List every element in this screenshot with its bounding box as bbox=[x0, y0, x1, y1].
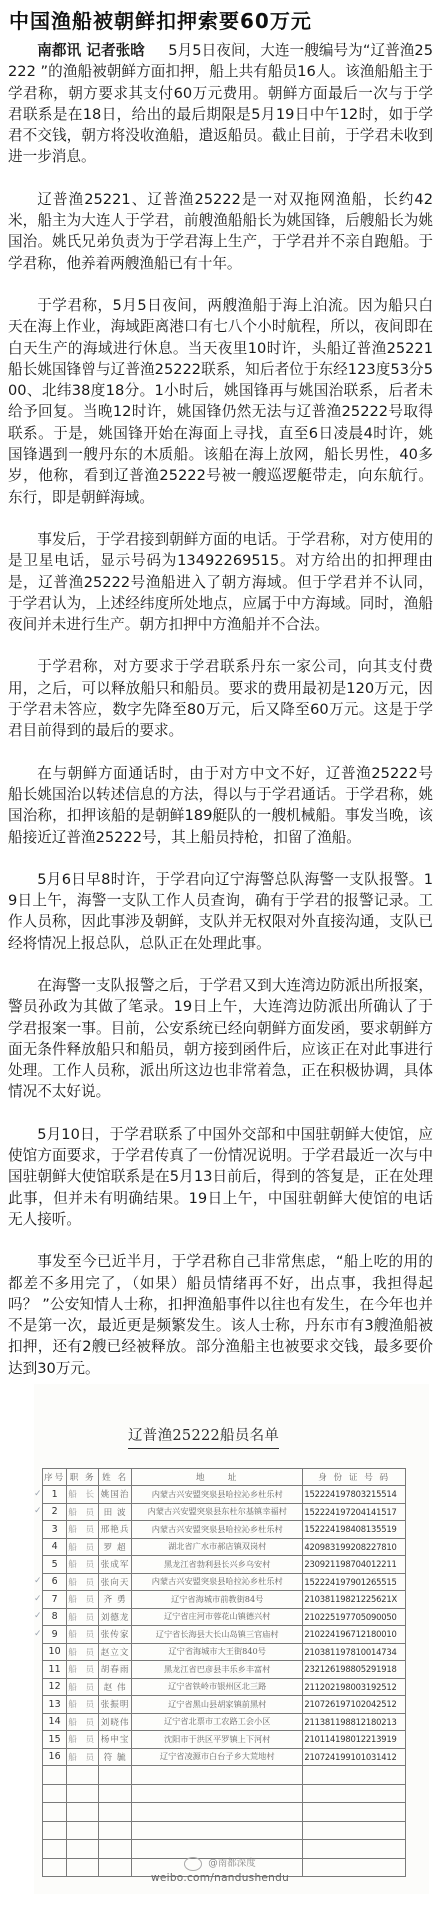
check-mark-icon: ✓ bbox=[34, 1576, 42, 1586]
cell-id-number: 210224196712180010 bbox=[303, 1626, 406, 1644]
table-row: 9船 员张传家辽宁省长海县大长山岛镇三官庙村210224196712180010 bbox=[43, 1626, 406, 1644]
cell-role: 船 员 bbox=[67, 1713, 99, 1731]
check-mark-icon: ✓ bbox=[34, 1506, 42, 1516]
article-body: 南都讯 记者张晗5月5日夜间，大连一艘编号为“辽普渔25222 ”的渔船被朝鲜方… bbox=[8, 40, 433, 1400]
cell-name: 罗 超 bbox=[99, 1538, 132, 1556]
cell-name: 符 毓 bbox=[99, 1748, 132, 1766]
cell-id-number: 210381197810014734 bbox=[303, 1643, 406, 1661]
cell-role: 船 员 bbox=[67, 1731, 99, 1749]
weibo-long-image: 中国渔船被朝鲜扣押索要60万元 南都讯 记者张晗5月5日夜间，大连一艘编号为“辽… bbox=[0, 0, 440, 1909]
cell-name: 张向天 bbox=[99, 1573, 132, 1591]
cell-no: 9 bbox=[43, 1626, 67, 1644]
watermark-handle: @南都深度 bbox=[208, 1858, 256, 1869]
table-row: 5船 员张成军黑龙江省勃利县长兴乡乌安村230921198704012211 bbox=[43, 1556, 406, 1574]
cell-address: 沈阳市于洪区平罗镇上下河村 bbox=[132, 1731, 303, 1749]
article-paragraph: 事发后，于学君接到朝鲜方面的电话。于学君称，对方使用的是卫星电话，显示号码为13… bbox=[8, 529, 433, 635]
cell-address: 黑龙江省勃利县长兴乡乌安村 bbox=[132, 1556, 303, 1574]
paragraph-text: 5月5日夜间，大连一艘编号为“辽普渔25222 ”的渔船被朝鲜方面扣押，船上共有… bbox=[8, 42, 433, 165]
cell-address: 内蒙古兴安盟突泉县东杜尔基镇幸福村 bbox=[132, 1503, 303, 1521]
table-header-row: 序号 职 务 姓 名 地 址 身 份 证 号 码 bbox=[43, 1469, 406, 1486]
cell-role: 船 员 bbox=[67, 1538, 99, 1556]
cell-name: 杨申宝 bbox=[99, 1731, 132, 1749]
check-mark-icon: ✓ bbox=[34, 1611, 42, 1621]
column-header-name: 姓 名 bbox=[99, 1469, 132, 1486]
article-paragraph: 于学君称，5月5日夜间，两艘渔船于海上泊流。因为船只白天在海上作业，海域距离港口… bbox=[8, 295, 433, 508]
cell-address: 辽宁省庄河市蓉花山镇德兴村 bbox=[132, 1608, 303, 1626]
cell-no: 15 bbox=[43, 1731, 67, 1749]
cell-name: 张传家 bbox=[99, 1626, 132, 1644]
table-row: 12船 员赵 伟辽宁省铁岭市银州区北三路211202198003192512 bbox=[43, 1678, 406, 1696]
cell-id-number: 210724199101031412 bbox=[303, 1748, 406, 1766]
table-row: 13船 员张振明辽宁省黑山县胡家镇前黑村210726197102042512 bbox=[43, 1696, 406, 1714]
cell-address: 辽宁省海城市前教街84号 bbox=[132, 1591, 303, 1609]
cell-id-number: 230921198704012211 bbox=[303, 1556, 406, 1574]
check-mark-icon: ✓ bbox=[34, 1489, 42, 1499]
cell-address: 辽宁省北票市工农路工会小区 bbox=[132, 1713, 303, 1731]
cell-address: 内蒙古兴安盟突泉县哈拉沁乡杜乐村 bbox=[132, 1573, 303, 1591]
cell-address: 辽宁省黑山县胡家镇前黑村 bbox=[132, 1696, 303, 1714]
cell-name: 赵立文 bbox=[99, 1643, 132, 1661]
article-paragraph: 在与朝鲜方面通话时，由于对方中文不好，辽普渔25222号船长姚国治以转述信息的方… bbox=[8, 763, 433, 848]
cell-no: 6 bbox=[43, 1573, 67, 1591]
cell-role: 船 员 bbox=[67, 1503, 99, 1521]
table-row: 11船 员胡春雨黑龙江省巴彦县丰乐乡丰富村232126198805291918 bbox=[43, 1661, 406, 1679]
table-row: 15船 员杨申宝沈阳市于洪区平罗镇上下河村210114198012213919 bbox=[43, 1731, 406, 1749]
cell-name: 田 波 bbox=[99, 1503, 132, 1521]
cell-id-number: 152224198408135519 bbox=[303, 1521, 406, 1539]
cell-address: 湖北省广水市郝店镇双岗村 bbox=[132, 1538, 303, 1556]
article-byline: 南都讯 记者张晗 bbox=[37, 42, 145, 59]
cell-name: 张振明 bbox=[99, 1696, 132, 1714]
cell-role: 船 员 bbox=[67, 1573, 99, 1591]
cell-no: 4 bbox=[43, 1538, 67, 1556]
cell-id-number: 420983199208227810 bbox=[303, 1538, 406, 1556]
cell-no: 14 bbox=[43, 1713, 67, 1731]
cell-id-number: 210114198012213919 bbox=[303, 1731, 406, 1749]
cell-name: 邢艳兵 bbox=[99, 1521, 132, 1539]
crew-table-body: 1船 长姚国治内蒙古兴安盟突泉县哈拉沁乡杜乐村15222419780321551… bbox=[43, 1486, 406, 1877]
cell-no: 2 bbox=[43, 1503, 67, 1521]
cell-id-number: 152224197803215514 bbox=[303, 1486, 406, 1504]
cell-no: 10 bbox=[43, 1643, 67, 1661]
weibo-watermark: @南都深度 bbox=[0, 1855, 440, 1871]
cell-id-number: 232126198805291918 bbox=[303, 1661, 406, 1679]
cell-role: 船 员 bbox=[67, 1591, 99, 1609]
cell-address: 辽宁省长海县大长山岛镇三官庙村 bbox=[132, 1626, 303, 1644]
column-header-id-number: 身 份 证 号 码 bbox=[303, 1469, 406, 1486]
cell-address: 内蒙古兴安盟突泉县哈拉沁乡杜乐村 bbox=[132, 1486, 303, 1504]
cell-role: 船 员 bbox=[67, 1608, 99, 1626]
check-mark-icon: ✓ bbox=[34, 1594, 42, 1604]
cell-role: 船 员 bbox=[67, 1696, 99, 1714]
cell-no: 7 bbox=[43, 1591, 67, 1609]
table-row: 1船 长姚国治内蒙古兴安盟突泉县哈拉沁乡杜乐村15222419780321551… bbox=[43, 1486, 406, 1504]
table-row: 16船 员符 毓辽宁省凌源市白台子乡大荒地村210724199101031412 bbox=[43, 1748, 406, 1766]
article-paragraph: 事发至今已近半月，于学君称自己非常焦虑，“船上吃的用的都差不多用完了，（如果）船… bbox=[8, 1251, 433, 1379]
column-header-role: 职 务 bbox=[67, 1469, 99, 1486]
cell-address: 黑龙江省巴彦县丰乐乡丰富村 bbox=[132, 1661, 303, 1679]
cell-id-number: 21038119821225621X bbox=[303, 1591, 406, 1609]
table-row: 14船 员刘晓伟辽宁省北票市工农路工会小区211381198812180213 bbox=[43, 1713, 406, 1731]
cell-role: 船 员 bbox=[67, 1643, 99, 1661]
blank-table-row bbox=[43, 1803, 406, 1822]
table-row: 2船 员田 波内蒙古兴安盟突泉县东杜尔基镇幸福村1522241972041415… bbox=[43, 1503, 406, 1521]
cell-no: 1 bbox=[43, 1486, 67, 1504]
cell-name: 齐 勇 bbox=[99, 1591, 132, 1609]
cell-role: 船 员 bbox=[67, 1626, 99, 1644]
cell-name: 赵 伟 bbox=[99, 1678, 132, 1696]
cell-role: 船 员 bbox=[67, 1556, 99, 1574]
check-mark-icon: ✓ bbox=[34, 1629, 42, 1639]
cell-name: 张成军 bbox=[99, 1556, 132, 1574]
cell-address: 辽宁省海城市大王街840号 bbox=[132, 1643, 303, 1661]
cell-name: 刘晓伟 bbox=[99, 1713, 132, 1731]
cell-no: 5 bbox=[43, 1556, 67, 1574]
table-row: 6船 员张向天内蒙古兴安盟突泉县哈拉沁乡杜乐村15222419790126551… bbox=[43, 1573, 406, 1591]
table-row: 8船 员刘德龙辽宁省庄河市蓉花山镇德兴村210225197705090050 bbox=[43, 1608, 406, 1626]
cell-id-number: 211202198003192512 bbox=[303, 1678, 406, 1696]
table-row: 4船 员罗 超湖北省广水市郝店镇双岗村420983199208227810 bbox=[43, 1538, 406, 1556]
cell-id-number: 152224197901265515 bbox=[303, 1573, 406, 1591]
blank-table-row bbox=[43, 1766, 406, 1785]
article-paragraph: 于学君称，对方要求于学君联系丹东一家公司，向其支付费用，之后，可以释放船只和船员… bbox=[8, 656, 433, 741]
cell-id-number: 211381198812180213 bbox=[303, 1713, 406, 1731]
article-paragraph: 5月6日早8时许，于学君向辽宁海警总队海警一支队报警。19日上午，海警一支队工作… bbox=[8, 869, 433, 954]
cell-name: 胡春雨 bbox=[99, 1661, 132, 1679]
crew-table: 序号 职 务 姓 名 地 址 身 份 证 号 码 1船 长姚国治内蒙古兴安盟突泉… bbox=[42, 1468, 406, 1877]
article-paragraph: 辽普渔25221、辽普渔25222是一对双拖网渔船，长约42米，船主为大连人于学… bbox=[8, 189, 433, 274]
crew-list-title: 辽普渔25222船员名单 bbox=[128, 1424, 279, 1449]
column-header-no: 序号 bbox=[43, 1469, 67, 1486]
article-paragraph: 5月10日，于学君联系了中国外交部和中国驻朝鲜大使馆，应使馆方面要求，于学君传真… bbox=[8, 1124, 433, 1230]
cell-role: 船 员 bbox=[67, 1521, 99, 1539]
cell-address: 辽宁省凌源市白台子乡大荒地村 bbox=[132, 1748, 303, 1766]
cell-role: 船 员 bbox=[67, 1661, 99, 1679]
cell-role: 船 员 bbox=[67, 1748, 99, 1766]
table-row: 10船 员赵立文辽宁省海城市大王街840号210381197810014734 bbox=[43, 1643, 406, 1661]
article-paragraph: 南都讯 记者张晗5月5日夜间，大连一艘编号为“辽普渔25222 ”的渔船被朝鲜方… bbox=[8, 40, 433, 168]
table-row: 3船 员邢艳兵内蒙古兴安盟突泉县哈拉沁乡杜乐村15222419840813551… bbox=[43, 1521, 406, 1539]
table-row: 7船 员齐 勇辽宁省海城市前教街84号21038119821225621X bbox=[43, 1591, 406, 1609]
blank-table-row bbox=[43, 1784, 406, 1803]
cell-name: 刘德龙 bbox=[99, 1608, 132, 1626]
cell-id-number: 210726197102042512 bbox=[303, 1696, 406, 1714]
cell-role: 船 长 bbox=[67, 1486, 99, 1504]
cell-no: 3 bbox=[43, 1521, 67, 1539]
article-headline: 中国渔船被朝鲜扣押索要60万元 bbox=[9, 8, 312, 34]
cell-no: 16 bbox=[43, 1748, 67, 1766]
cell-address: 内蒙古兴安盟突泉县哈拉沁乡杜乐村 bbox=[132, 1521, 303, 1539]
watermark-url: weibo.com/nandushendu bbox=[0, 1872, 440, 1884]
cell-name: 姚国治 bbox=[99, 1486, 132, 1504]
weibo-logo-icon bbox=[184, 1857, 202, 1871]
cell-id-number: 210225197705090050 bbox=[303, 1608, 406, 1626]
cell-no: 13 bbox=[43, 1696, 67, 1714]
column-header-address: 地 址 bbox=[132, 1469, 303, 1486]
cell-id-number: 152224197204141517 bbox=[303, 1503, 406, 1521]
cell-no: 11 bbox=[43, 1661, 67, 1679]
cell-address: 辽宁省铁岭市银州区北三路 bbox=[132, 1678, 303, 1696]
cell-no: 12 bbox=[43, 1678, 67, 1696]
blank-table-row bbox=[43, 1821, 406, 1840]
cell-no: 8 bbox=[43, 1608, 67, 1626]
cell-role: 船 员 bbox=[67, 1678, 99, 1696]
scanned-crew-list: 辽普渔25222船员名单 序号 职 务 姓 名 地 址 身 份 证 号 码 1船… bbox=[0, 1380, 440, 1909]
article-paragraph: 在海警一支队报警之后，于学君又到大连湾边防派出所报案，警员孙政为其做了笔录。19… bbox=[8, 975, 433, 1103]
